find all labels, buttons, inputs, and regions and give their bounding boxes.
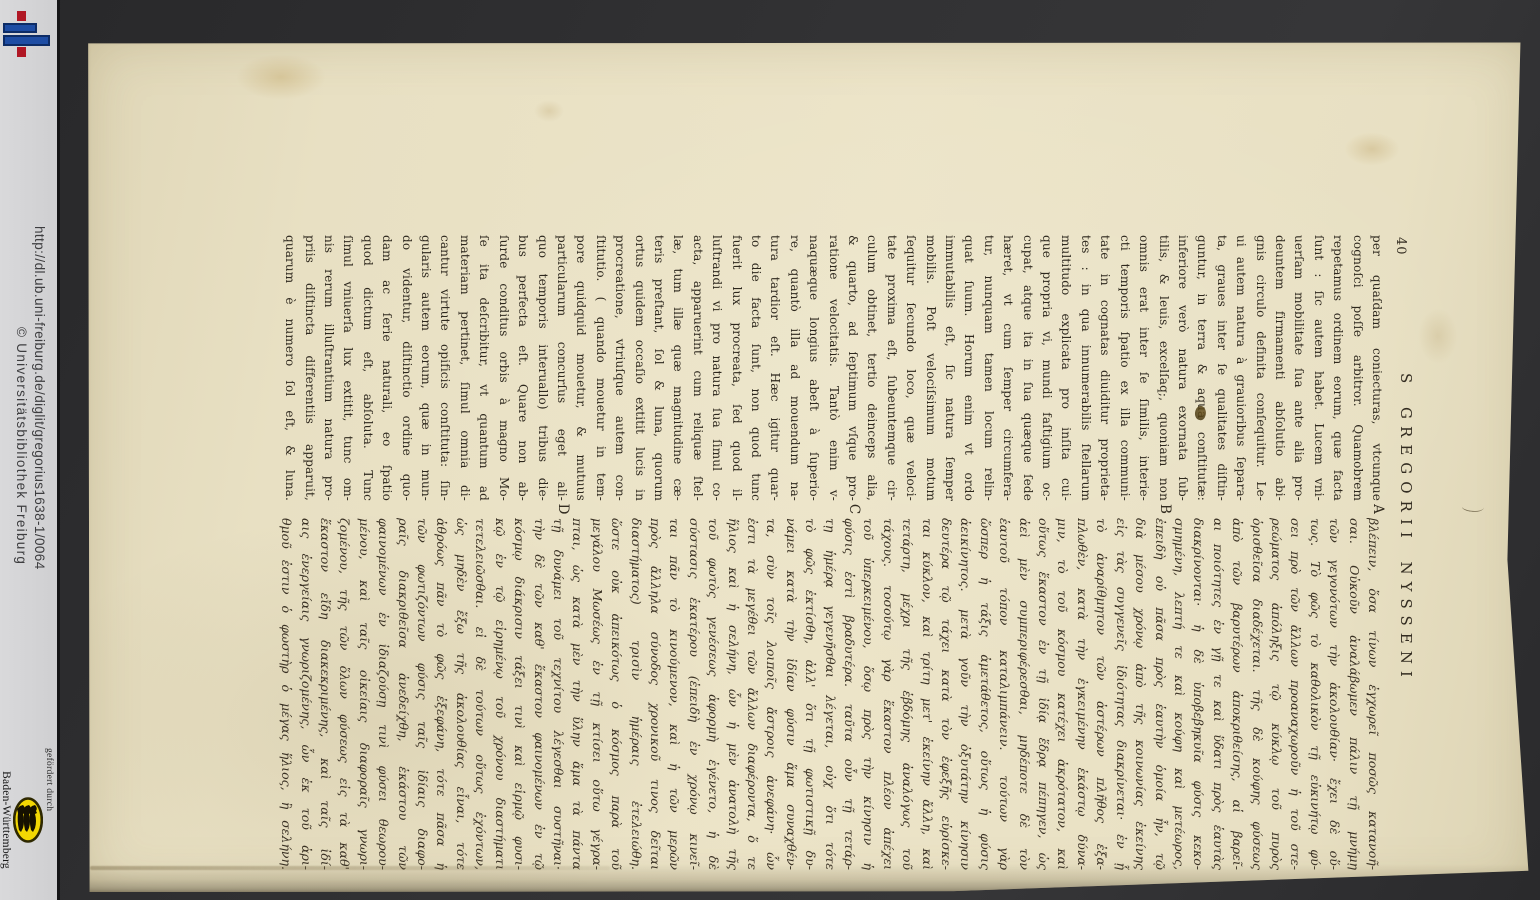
greek-line: τοῦ ὑπερκειμένου, ὅσῳ πρὸς τὴν κίνησιν ἡ [859, 518, 878, 870]
greek-line: φαινομένων ἐν ἰδιαζούσῃ τινὶ φύσει θεωρο… [374, 518, 393, 870]
latin-line: naquæque longius abeſt à ſuperio- [804, 235, 823, 501]
latin-line: priis diſtincta differentiis apparuit, [299, 235, 318, 501]
greek-line: σαι. Οὐκοῦν ἀναλάβωμεν πάλιν τῇ μνήμῃ [1344, 518, 1363, 870]
latin-line: cti temporis ſpatio ex illa communi- [1114, 235, 1133, 501]
source-url: http://dl.ub.uni-freiburg.de/diglit/greg… [32, 226, 47, 696]
greek-line: τως. Τὸ φῶς τὸ καθολικὸν τῇ εὐκινήτῳ φύ- [1305, 518, 1324, 870]
greek-line: βλέπειν, ὅσα τίνων ἐγχωρεῖ ποσῶς κατανοῆ… [1364, 518, 1383, 870]
latin-line: tur, nunquam tamen locum relin- [978, 235, 997, 501]
funder-label: gefördert durch [44, 744, 54, 896]
latin-line: particularum concurſus eget ali- [552, 235, 571, 501]
latin-line: procreatione, vtriuſque autem con- [610, 235, 629, 501]
latin-line: dam ac ſerie naturali, eo ſpatio [377, 235, 396, 501]
greek-line: τετελειῶσθαι. εἰ δὲ τούτων οὕτως ἐχόντων… [471, 518, 490, 870]
greek-line: αι ποιότητες ἐν γῇ τε καὶ ὕδατι πρὸς ἑαυ… [1208, 518, 1227, 870]
greek-line: ἀθρόως πᾶν τὸ φῶς ἐξεφάνη, τότε πᾶσα ἡ [432, 518, 451, 870]
greek-line: ὥσπερ ἡ τάξις ἀμετάθετος, οὕτως ἡ φύσις [975, 518, 994, 870]
latin-line: tes : in qua innumerabilis ſtellarum [1076, 235, 1095, 501]
latin-line: culum obtinet, tertio deinceps alia, [862, 235, 881, 501]
latin-line: ſurde conditus orbis à magno Mo- [493, 235, 512, 501]
latin-line: ſtitutio. ( quando mouetur in tem- [590, 235, 609, 501]
latin-line: ſequitur ſecundo loco, quæ veloci- [901, 235, 920, 501]
greek-line: ὁρισθεῖσα διαδέχεται. τῆς δὲ κούφης φύσε… [1247, 518, 1266, 870]
greek-line: ται κύκλον, καὶ τρίτη μετ' ἐκείνην ἄλλη,… [917, 518, 936, 870]
greek-line: διακρίνονται· ἡ δὲ ὑποβεβηκυῖα φύσις κεκ… [1189, 518, 1208, 870]
greek-line: τῶν φωτιζόντων φύσις ταῖς ἰδίαις διαφο- [413, 518, 432, 870]
latin-line: teris preſtant, ſol & luna, quorum [649, 235, 668, 501]
greek-line: κῷ ἐν τῷ εἰρημένῳ τοῦ χρόνου διαστήματι [490, 518, 509, 870]
greek-line: ὥστε οὐκ ἀπεικότως ὁ κόσμος παρὰ τοῦ [607, 518, 626, 870]
greek-line: τὸ φῶς ἐκτίσθη, ἀλλ' ὅτι τῇ φωτιστικῇ δυ… [801, 518, 820, 870]
latin-line: per quaſdam coniecturas, vtcunque [1367, 235, 1386, 501]
greek-line: διὰ μέσου χρόνῳ ἀπὸ τῆς κοινωνίας ἐκείνη… [1131, 518, 1150, 870]
latin-column: per quaſdam coniecturas, vtcunquecognoſc… [280, 235, 1386, 501]
gutter-marker: A [1370, 501, 1386, 517]
greek-line: εἰς τὰς συγγενεῖς ἰδιότητας διακρίνεται·… [1111, 518, 1130, 870]
greek-line: ἀεικίνητος. μετὰ γοῦν τὴν ὀξυτάτην κίνησ… [956, 518, 975, 870]
page-crease-shadow [90, 866, 610, 870]
greek-line: νάμει κατὰ τὴν ἰδίαν φύσιν ἅμα συναχθέν- [781, 518, 800, 870]
registration-blue-bar [3, 35, 50, 46]
latin-line: uerſam mobilitate ſua ante alia pro- [1289, 235, 1308, 501]
greek-line: ἀεὶ μὲν συμπεριφέρεσθαι, μηδέποτε δὲ τὸν [1014, 518, 1033, 870]
latin-line: cupat, atque ita in ſua quæque ſede [1017, 235, 1036, 501]
latin-line: cantur virtute opificis conſtituta: ſin- [435, 235, 454, 501]
page-content-rotated: 40 S GREGORII NYSSENI per quaſdam coniec… [86, 40, 1532, 892]
greek-line: πλωθὲν, κατὰ τὴν ἐγκειμένην ἑκάστῳ δύνα- [1073, 518, 1092, 870]
latin-line: quat ſuum. Horum enim vt ordo [959, 235, 978, 501]
latin-line: fuerit lux procreata, ſed quod il- [726, 235, 745, 501]
greek-line: ἐπειδὴ οὐ πᾶσα πρὸς ἑαυτὴν ὁμοία ἦν, τῷ [1150, 518, 1169, 870]
greek-line: αις ἐνεργείαις γνωριζομένης, ὧν ἐκ τοῦ ἀ… [296, 518, 315, 870]
latin-line: læ, tum illæ quæ magnitudine cæ- [668, 235, 687, 501]
latin-line: tate proxima eſt, ſubeuntemque cir- [881, 235, 900, 501]
latin-line: ortus quidem occaſio extitit lucis in [629, 235, 648, 501]
latin-line: deuntem firmamenti abſolutio abi- [1270, 235, 1289, 501]
latin-line: gnis circulo definita conſequitur. Le- [1250, 235, 1269, 501]
latin-line: nis rerum illuſtrantium natura pro- [319, 235, 338, 501]
latin-line: cognoſci poſſe arbitror. Quamobrem [1347, 235, 1366, 501]
greek-line: μεγάλου Μωσέως ἐν τῇ κτίσει οὕτω γέγρα- [587, 518, 606, 870]
greek-line: οὕτως ἕκαστον ἐν τῇ ἰδίᾳ ἕδρᾳ πέπηγεν, ὡ… [1034, 518, 1053, 870]
greek-line: τάχους. τοσούτῳ γὰρ ἕκαστον πλέον ἀπέχει [878, 518, 897, 870]
latin-line: immutabilis eſt, ſic natura ſemper [940, 235, 959, 501]
ink-squiggle [1461, 501, 1484, 514]
book-page: 40 S GREGORII NYSSENI per quaſdam coniec… [86, 40, 1532, 892]
greek-line: σμημένη, λεπτή τε καὶ κούφη καὶ μετέωρος… [1170, 518, 1189, 870]
greek-line: ὡς μηδὲν ἔξω τῆς ἀκολουθίας εἶναι, τότε [452, 518, 471, 870]
greek-line: τετάρτη, μέχρι τῆς ἑβδόμης ἀναλόγως τοῦ [898, 518, 917, 870]
greek-line: πρὸς ἄλληλα σύνοδος χρονικοῦ τινος δεῖτα… [646, 518, 665, 870]
greek-line: διαστήματος) τρισὶν ἡμέραις ἐτελειώθη. [626, 518, 645, 870]
latin-line: ſe ita deſcribitur, vt quantum ad [474, 235, 493, 501]
greek-line: τὸ ἀναρίθμητον τῶν ἀστέρων πλῆθος ἐξα- [1092, 518, 1111, 870]
copyright-notice: © Universitätsbibliothek Freiburg [14, 226, 29, 696]
latin-line: ui autem natura à grauioribus ſepara- [1231, 235, 1250, 501]
greek-line: τῶν γεγονότων τὴν ἀκολουθίαν· ἔχει δὲ οὕ… [1325, 518, 1344, 870]
latin-line: ſunt : ſic autem habet. Lucem vni- [1308, 235, 1327, 501]
latin-line: ſimul vniuerſa lux extitit, tunc om- [338, 235, 357, 501]
greek-line: τὴν δὲ τῶν καθ' ἕκαστον φαινομένων ἐν τῷ [529, 518, 548, 870]
latin-line: quod dictum eſt, abſoluta. Tunc [357, 235, 376, 501]
greek-line: κόσμῳ διάκρισιν τάξει τινὶ καὶ εἱρμῷ φυσ… [510, 518, 529, 870]
latin-line: inferiore verò natura exornata ſub- [1173, 235, 1192, 501]
registration-red-mark [17, 11, 26, 21]
greek-line: μιν, τὸ τοῦ κόσμου κατέχει ἀκρότατον, κα… [1053, 518, 1072, 870]
greek-line: πται, ὡς κατὰ μὲν τὴν ὕλην ἅμα τὰ πάντα [568, 518, 587, 870]
greek-line: ται πᾶν τὸ κινούμενον, καὶ ἡ τῶν μερῶν [665, 518, 684, 870]
latin-line: materiam pertinet, ſimul omnia di- [455, 235, 474, 501]
greek-line: ἑαυτοῦ τόπον καταλιμπάνειν. τούτων γὰρ [995, 518, 1014, 870]
source-caption: http://dl.ub.uni-freiburg.de/diglit/greg… [14, 226, 47, 696]
greek-line: τῇ δυνάμει τοῦ τεχνίτου λέγεσθαι συστῆνα… [549, 518, 568, 870]
latin-line: hæret, vt cum ſemper circumfera- [998, 235, 1017, 501]
greek-line: τοῦ φωτὸς γενέσεως ἀφορμὴ ἐγένετο, ἡ δὲ [704, 518, 723, 870]
gutter-markers: ABCD [286, 501, 1386, 517]
greek-line: ζομένου, τῆς τῶν ὅλων φύσεως εἰς τὰ καθ' [335, 518, 354, 870]
latin-line: re, quantò illa ad mouendum na- [784, 235, 803, 501]
latin-line: do videntur, diſtinctio ordine quo- [396, 235, 415, 501]
page-number: 40 [1393, 237, 1408, 256]
gutter-marker: D [555, 501, 571, 517]
registration-red-mark [17, 47, 26, 57]
greek-line: ἥλιος καὶ ἡ σελήνη, ὧν ἡ μὲν ἀνατολὴ τῆς [723, 518, 742, 870]
latin-line: guntur, in terra & aqua conſtitutæ: [1192, 235, 1211, 501]
funding-badge: gefördert durch Baden-Württemberg [0, 744, 54, 896]
latin-line: tura tardior eſt. Hæc igitur quar- [765, 235, 784, 501]
latin-line: luſtrandi vi pro natura ſua ſimul co- [707, 235, 726, 501]
greek-column: βλέπειν, ὅσα τίνων ἐγχωρεῖ ποσῶς κατανοῆ… [277, 518, 1383, 870]
greek-line: σει πρὸ τῶν ἄλλων προαναχωροῦν ἡ τοῦ στε… [1286, 518, 1305, 870]
region-label: Baden-Württemberg [0, 744, 12, 896]
latin-line: repetamus ordinem eorum, quæ facta [1328, 235, 1347, 501]
latin-line: acta, apparuerint cum reliquæ ſtel- [687, 235, 706, 501]
gutter-marker: C [846, 501, 862, 517]
latin-line: gularis autem eorum, quæ in mun- [416, 235, 435, 501]
greek-line: μένου, καὶ ταῖς οἰκείαις διαφοραῖς γνωρι… [354, 518, 373, 870]
baden-wuerttemberg-coat-of-arms-icon [13, 797, 43, 843]
latin-line: ratione velocitatis. Tantò enim v- [823, 235, 842, 501]
latin-line: bus perfecta eſt. Quare non ab- [513, 235, 532, 501]
running-title: S GREGORII NYSSENI [1397, 373, 1415, 683]
latin-line: & quarto, ad ſeptimum vſque pro- [843, 235, 862, 501]
latin-line: to die facta ſunt, non quod tunc [746, 235, 765, 501]
latin-line: quo temporis interuallo) tribus die- [532, 235, 551, 501]
latin-line: quarum è numero ſol eſt, & luna. [280, 235, 299, 501]
scan-viewer: http://dl.ub.uni-freiburg.de/diglit/greg… [0, 0, 1540, 900]
greek-line: ρεώματος ἀπόληξις τῷ κύκλῳ τοῦ πυρὸς [1267, 518, 1286, 870]
greek-line: ἕκαστον εἴδη διακεκριμένης, καὶ ταῖς ἰδί… [316, 518, 335, 870]
greek-line: τῃ ἡμέρᾳ γεγενῆσθαι λέγεται, οὐχ ὅτι τότ… [820, 518, 839, 870]
scanner-margin-strip: http://dl.ub.uni-freiburg.de/diglit/greg… [0, 0, 60, 900]
latin-line: mobilis. Poſt velociſsimum motum [920, 235, 939, 501]
greek-line: θμοῦ ἐστιν ὁ φωστὴρ ὁ μέγας ἥλιος, ἢ σελ… [277, 518, 296, 870]
latin-line: que propria vi, mundi faſtigium oc- [1037, 235, 1056, 501]
latin-line: tate in cognatas diuiditur proprieta- [1095, 235, 1114, 501]
latin-line: tilis, & leuis, excelſaq;, quoniam non [1153, 235, 1172, 501]
greek-line: ἐστι τὰ μεγέθει τῶν ἄλλων διαφέροντα, ὅ … [743, 518, 762, 870]
greek-line: τα, σὺν τοῖς λοιποῖς ἄστροις ἀνεφάνη· ὧν [762, 518, 781, 870]
greek-line: ἀπὸ τῶν βαρυτέρων ἀποκριθείσης, αἱ βαρεῖ… [1228, 518, 1247, 870]
latin-line: omnis erat inter ſe ſimilis, interie- [1134, 235, 1153, 501]
greek-line: φύσις ἐστὶ βραδυτέρα. ταῦτα οὖν τῇ τετάρ… [840, 518, 859, 870]
gutter-marker: B [1157, 501, 1173, 517]
latin-line: pore quidquid mouetur, & mutuus [571, 235, 590, 501]
registration-blue-bar [3, 23, 37, 33]
greek-line: δευτέρα τῷ τάχει κατὰ τὸν ἐφεξῆς εὑρίσκε… [937, 518, 956, 870]
latin-line: multitudo explicata pro inſita cui- [1056, 235, 1075, 501]
greek-line: ραῖς διακριθεῖσα ἀνεδείχθη, ἑκάστου τῶν [393, 518, 412, 870]
latin-line: ta, graues inter ſe qualitates diſtin- [1211, 235, 1230, 501]
greek-line: σύστασις ἑκατέρου (ἐπειδὴ ἐν χρόνῳ κινεῖ… [684, 518, 703, 870]
